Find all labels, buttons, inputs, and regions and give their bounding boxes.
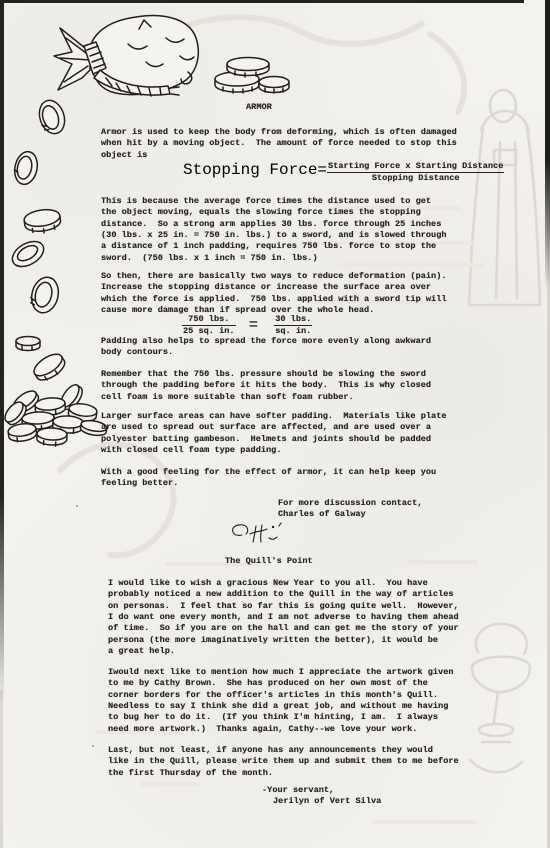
fraction-right-numerator: 30 lbs.: [274, 314, 312, 326]
formula-numerator: Starting Force x Starting Distance: [327, 161, 504, 173]
quill-paragraph-2: Iwould next like to mention how much I a…: [108, 667, 454, 735]
scan-edge-top: [0, 0, 524, 3]
ghost-robed-figure: [469, 90, 540, 305]
armor-contact-block: For more discussion contact, Charles of …: [278, 498, 422, 521]
coin: [16, 337, 40, 351]
signature-scribble: [228, 522, 306, 548]
coin-stacks-illustration: [208, 52, 298, 102]
fraction-left: 750 lbs. 25 sq. in.: [182, 314, 236, 337]
quill-paragraph-1: I would like to wish a gracious New Year…: [108, 578, 459, 657]
coin: [35, 97, 68, 137]
scanned-newsletter-page: ARMOR Armor is used to keep the body fro…: [0, 0, 550, 848]
fraction-right: 30 lbs. sq. in.: [274, 314, 312, 337]
stopping-force-formula: Stopping Force= Starting Force x Startin…: [183, 161, 504, 184]
scan-edge-left-faint: [0, 690, 3, 848]
armor-paragraph-2: This is because the average force times …: [101, 196, 447, 264]
ink-speck: [92, 745, 94, 747]
quill-paragraph-3: Last, but not least, if anyone has any a…: [108, 745, 459, 779]
fraction-left-numerator: 750 lbs.: [182, 314, 236, 326]
armor-paragraph-4: Padding also helps to spread the force m…: [101, 336, 431, 359]
coin: [8, 236, 48, 271]
pressure-fraction: 750 lbs. 25 sq. in. = 30 lbs. sq. in.: [182, 314, 312, 337]
formula-lhs: Stopping Force=: [183, 161, 327, 179]
formula-fraction: Starting Force x Starting Distance Stopp…: [327, 161, 504, 184]
coin: [227, 58, 269, 78]
coin: [23, 208, 62, 236]
coin: [259, 77, 289, 94]
coin: [28, 274, 62, 315]
equals-sign: =: [249, 316, 259, 334]
quill-title: The Quill's Point: [225, 556, 313, 567]
coin: [12, 150, 40, 187]
armor-paragraph-5: Remember that the 750 lbs. pressure shou…: [101, 369, 431, 403]
ink-speck: [76, 505, 78, 507]
scan-edge-right: [545, 0, 550, 290]
armor-paragraph-6: Larger surface areas can have softer pad…: [101, 411, 447, 456]
armor-paragraph-3: So then, there are basically two ways to…: [101, 271, 447, 316]
signoff-name: Jerilyn of Vert Silva: [273, 796, 381, 807]
coin-pile-illustration: [0, 378, 112, 450]
armor-paragraph-1: Armor is used to keep the body from defo…: [101, 127, 457, 161]
armor-paragraph-7: With a good feeling for the effect of ar…: [101, 467, 436, 490]
falling-coins-illustration: [2, 96, 80, 388]
signoff-line: -Your servant,: [262, 785, 334, 796]
ghost-goblet: [470, 624, 530, 772]
armor-title: ARMOR: [246, 102, 272, 113]
formula-denominator: Stopping Distance: [327, 173, 504, 184]
